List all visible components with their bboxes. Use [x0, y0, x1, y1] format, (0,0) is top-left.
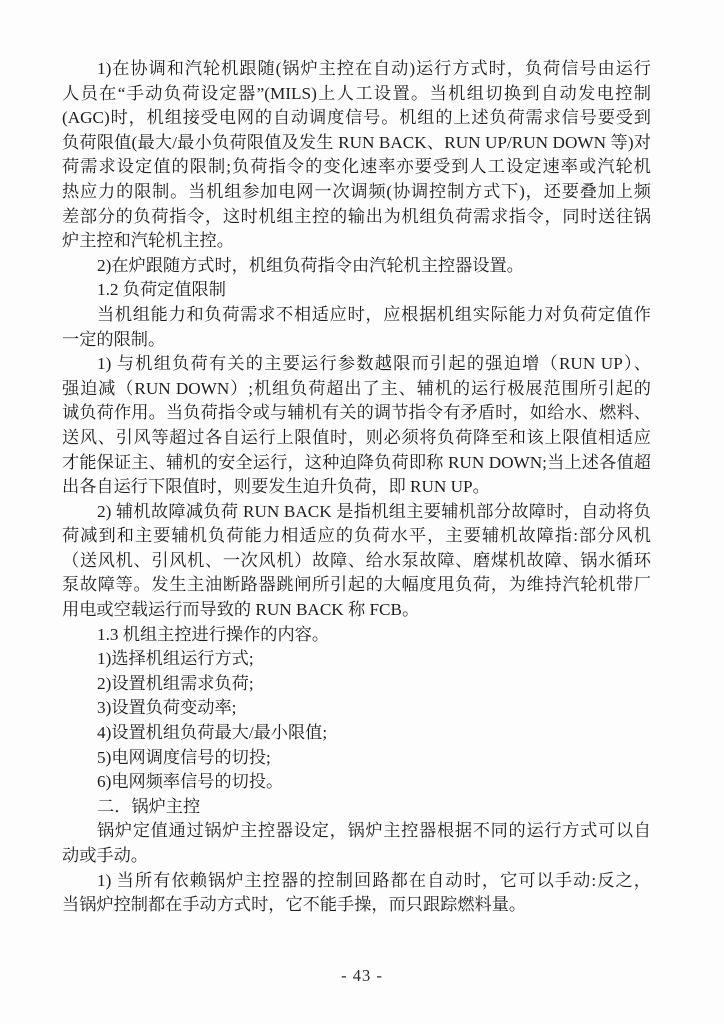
text-line: 1)在协调和汽轮机跟随(锅炉主控在自动)运行方式时，负荷信号由运行	[62, 57, 651, 82]
text-line: 1) 当所有依赖锅炉主控器的控制回路都在自动时，它可以手动:反之，	[62, 869, 651, 894]
text-line: 负荷限值(最大/最小负荷限值及发生 RUN BACK、RUN UP/RUN DO…	[62, 131, 651, 156]
page-number: - 43 -	[0, 966, 724, 986]
text-line: 当机组能力和负荷需求不相适应时，应根据机组实际能力对负荷定值作	[62, 303, 651, 328]
text-line: 炉主控和汽轮机主控。	[62, 229, 651, 254]
text-line: 6)电网频率信号的切投。	[62, 770, 651, 795]
text-line: 锅炉定值通过锅炉主控器设定，锅炉主控器根据不同的运行方式可以自	[62, 819, 651, 844]
text-line: 出各自运行下限值时，则要发生迫升负荷，即 RUN UP。	[62, 475, 651, 500]
text-line: 荷需求设定值的限制;负荷指令的变化速率亦要受到人工设定速率或汽轮机	[62, 155, 651, 180]
text-line: 2) 辅机故障减负荷 RUN BACK 是指机组主要辅机部分故障时，自动将负	[62, 500, 651, 525]
text-line: 3)设置负荷变动率;	[62, 696, 651, 721]
text-line: 二．锅炉主控	[62, 795, 651, 820]
text-line: 1) 与机组负荷有关的主要运行参数越限而引起的强迫增（RUN UP）、	[62, 352, 651, 377]
text-line: 热应力的限制。当机组参加电网一次调频(协调控制方式下)，还要叠加上频	[62, 180, 651, 205]
text-line: (AGC)时，机组接受电网的自动调度信号。机组的上述负荷需求信号要受到	[62, 106, 651, 131]
text-line: 5)电网调度信号的切投;	[62, 746, 651, 771]
text-line: 送风、引风等超过各自运行上限值时，则必须将负荷降至和该上限值相适应	[62, 426, 651, 451]
document-body: 1)在协调和汽轮机跟随(锅炉主控在自动)运行方式时，负荷信号由运行人员在“手动负…	[62, 57, 651, 918]
text-line: 人员在“手动负荷设定器”(MILS)上人工设置。当机组切换到自动发电控制	[62, 82, 651, 107]
text-line: 当锅炉控制都在手动方式时，它不能手操，而只跟踪燃料量。	[62, 893, 651, 918]
text-line: 动或手动。	[62, 844, 651, 869]
text-line: 4)设置机组负荷最大/最小限值;	[62, 721, 651, 746]
text-line: 一定的限制。	[62, 328, 651, 353]
text-line: 2)设置机组需求负荷;	[62, 672, 651, 697]
text-line: 1.3 机组主控进行操作的内容。	[62, 623, 651, 648]
text-line: 诚负荷作用。当负荷指令或与辅机有关的调节指令有矛盾时，如给水、燃料、	[62, 401, 651, 426]
text-line: 才能保证主、辅机的安全运行，这种迫降负荷即称 RUN DOWN;当上述各值超	[62, 451, 651, 476]
text-line: 2)在炉跟随方式时，机组负荷指令由汽轮机主控器设置。	[62, 254, 651, 279]
text-line: 泵故障等。发生主油断路器跳闸所引起的大幅度甩负荷，为维持汽轮机带厂	[62, 573, 651, 598]
text-line: 1)选择机组运行方式;	[62, 647, 651, 672]
text-line: 强迫减（RUN DOWN）;机组负荷超出了主、辅机的运行极展范围所引起的增、	[62, 377, 651, 402]
text-line: 差部分的负荷指令，这时机组主控的输出为机组负荷需求指令，同时送往锅	[62, 205, 651, 230]
text-line: （送风机、引风机、一次风机）故障、给水泵故障、磨煤机故障、锅水循环	[62, 549, 651, 574]
text-line: 1.2 负荷定值限制	[62, 278, 651, 303]
document-page: 1)在协调和汽轮机跟随(锅炉主控在自动)运行方式时，负荷信号由运行人员在“手动负…	[0, 0, 724, 1024]
text-line: 荷减到和主要辅机负荷能力相适应的负荷水平，主要辅机故障指:部分风机	[62, 524, 651, 549]
text-line: 用电或空载运行而导致的 RUN BACK 称 FCB。	[62, 598, 651, 623]
